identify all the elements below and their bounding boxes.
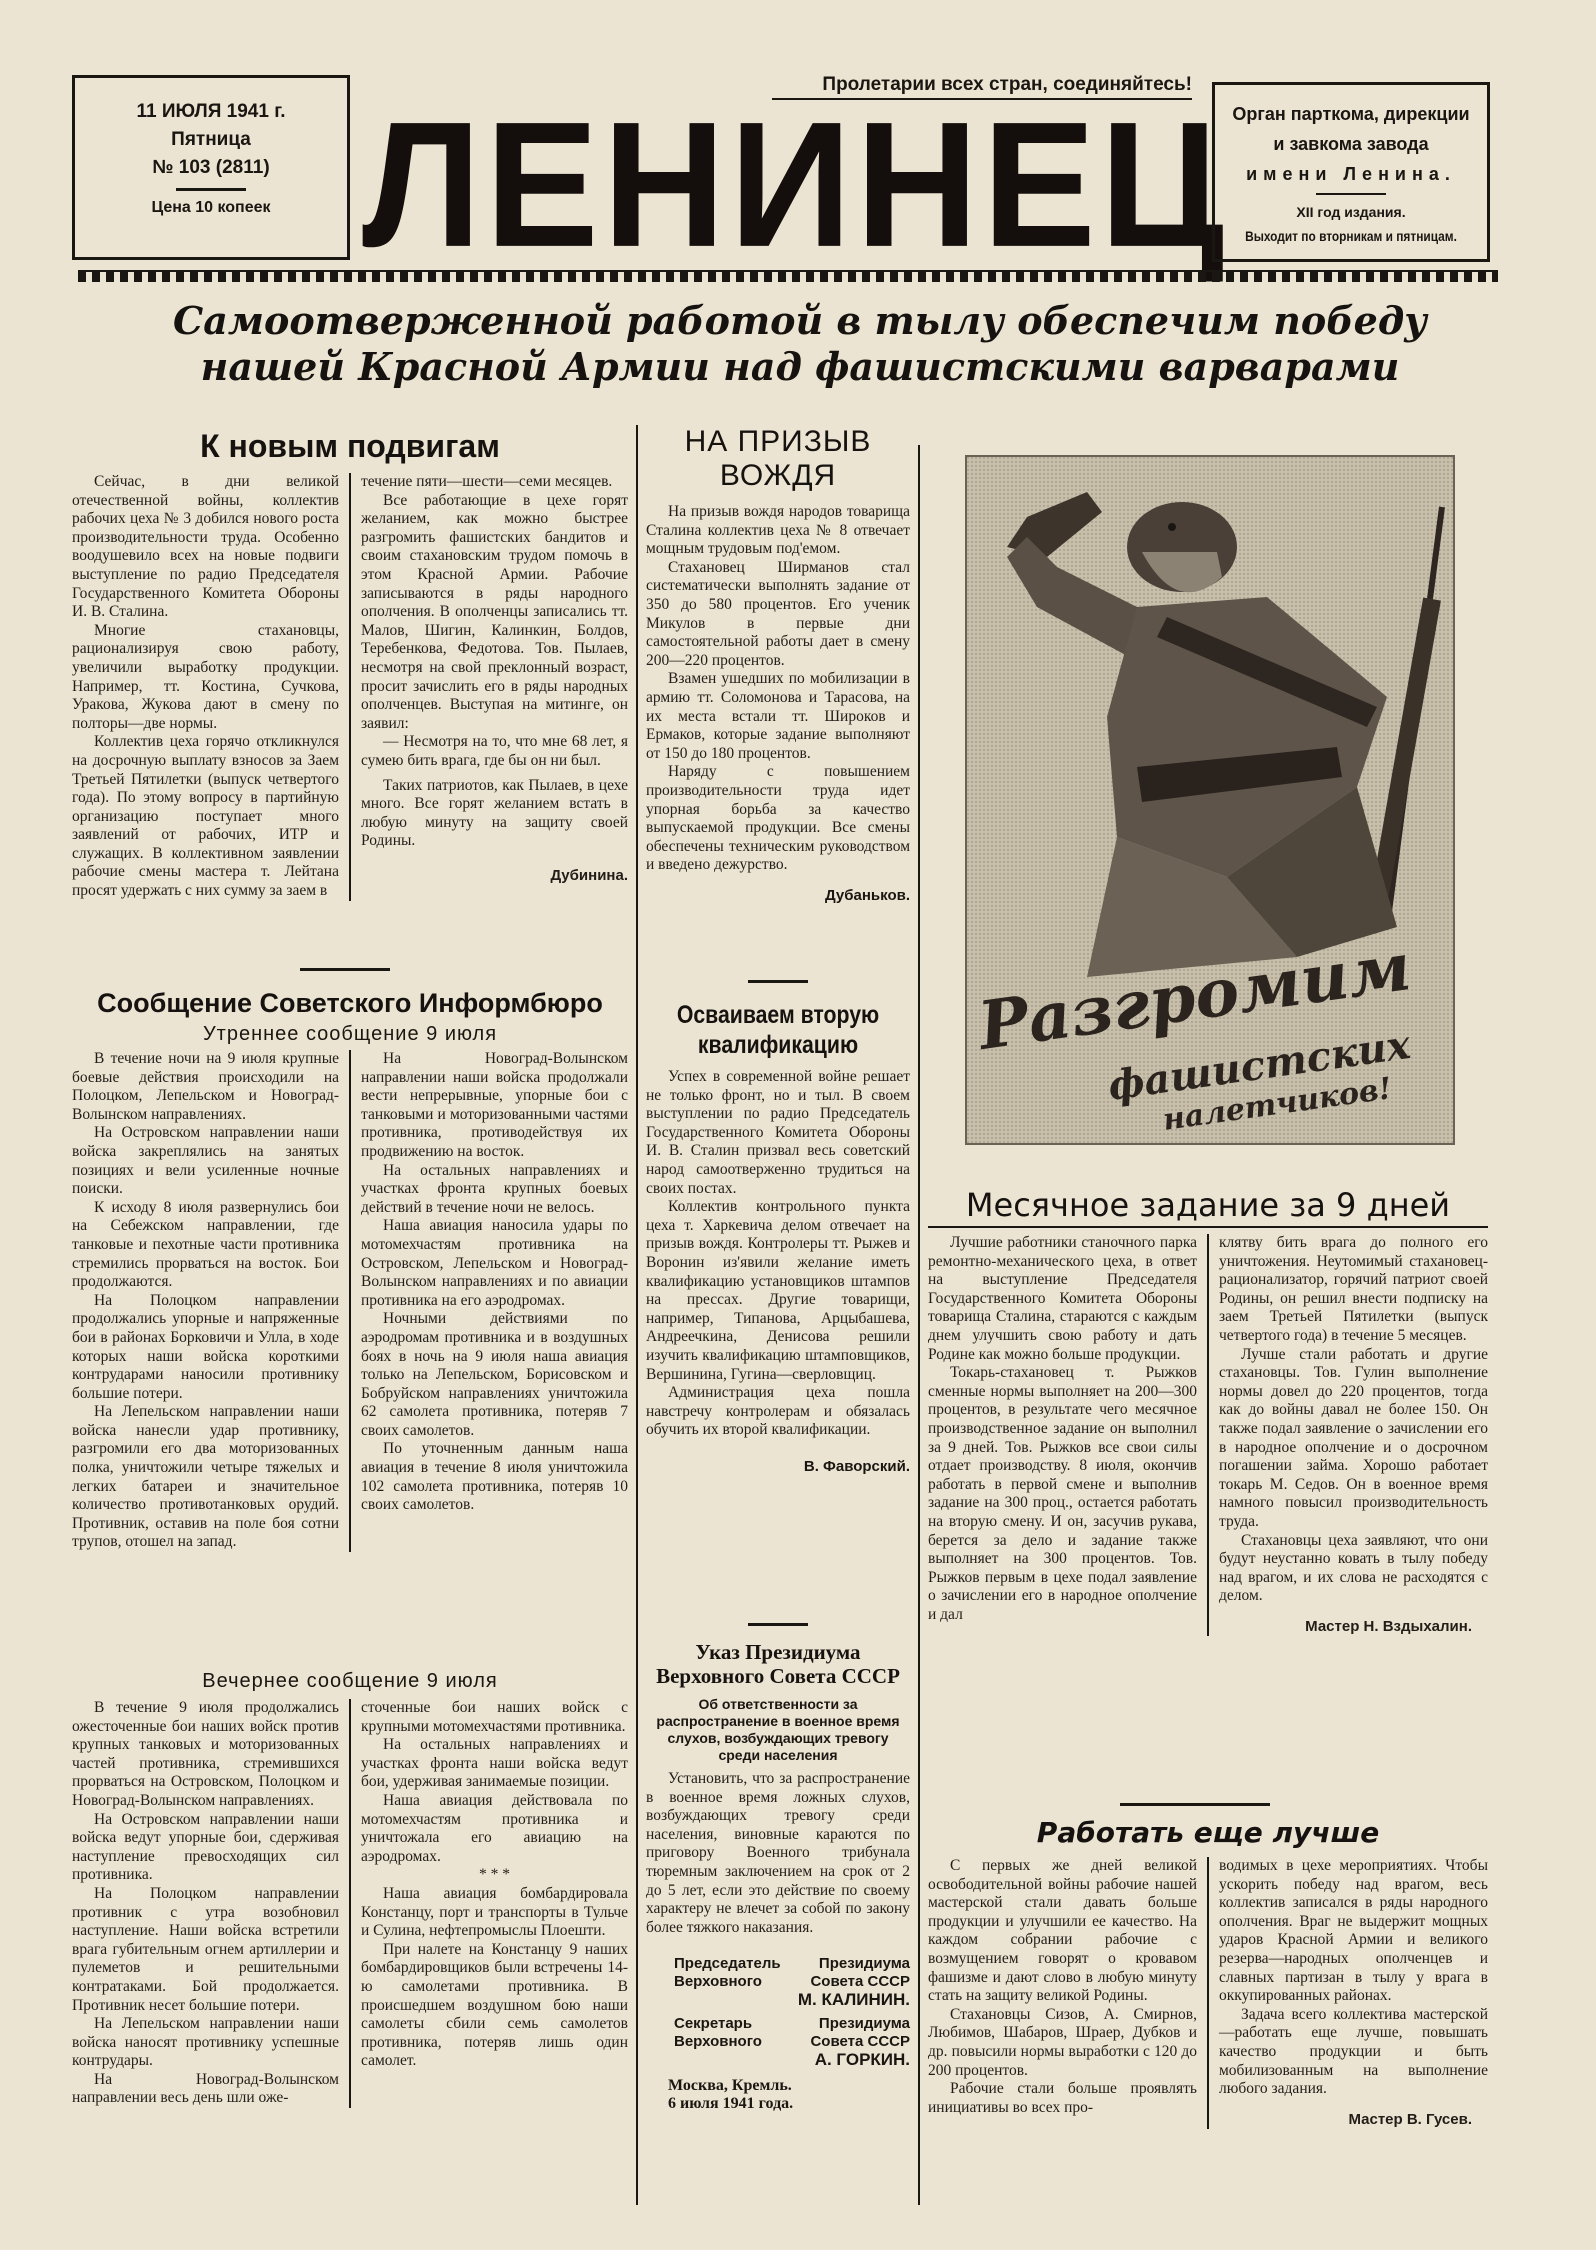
paragraph: Токарь-стахановец т. Рыжков сменные норм…	[928, 1364, 1197, 1624]
signatory-title: Верховного	[674, 1973, 762, 1991]
paragraph: На Островском направлении наши войска за…	[72, 1124, 339, 1198]
separator-asterisks: * * *	[361, 1866, 628, 1885]
paragraph: — Несмотря на то, что мне 68 лет, я суме…	[361, 733, 628, 770]
column-rule	[349, 1699, 351, 2108]
paragraph: В течение ночи на 9 июля крупные боевые …	[72, 1050, 339, 1124]
signatory-title: Совета СССР	[810, 1973, 910, 1991]
headline: Работать еще лучше	[928, 1816, 1488, 1849]
article-body: Установить, что за распространение в вое…	[646, 1770, 910, 1937]
paragraph: С первых же дней великой освободительной…	[928, 1857, 1197, 2006]
headline: К новым подвигам	[72, 428, 628, 465]
organ-line-2: и завкома завода	[1215, 129, 1487, 159]
organ-line-3: имени Ленина.	[1215, 159, 1487, 189]
column-rule	[1207, 1234, 1209, 1636]
paragraph: На остальных направлениях и участках фро…	[361, 1736, 628, 1792]
paragraph: В течение 9 июля продолжались ожесточенн…	[72, 1699, 339, 1811]
article-informburo-evening: Вечернее сообщение 9 июля В течение 9 ию…	[72, 1670, 628, 2108]
article-body: Успех в современной войне решает не толь…	[646, 1068, 910, 1440]
decree-place-date: Москва, Кремль. 6 июля 1941 года.	[668, 2077, 910, 2113]
decree-date: 6 июля 1941 года.	[668, 2095, 910, 2113]
slogan-line-1: Самоотверженной работой в тылу обеспечим…	[120, 298, 1480, 344]
column-rule	[349, 473, 351, 901]
paragraph: На Новоград-Волынском направлении наши в…	[361, 1050, 628, 1162]
article-column: На Новоград-Волынском направлении наши в…	[361, 1050, 628, 1552]
issue-price: Цена 10 копеек	[75, 199, 347, 217]
issue-number: № 103 (2811)	[75, 154, 347, 182]
paragraph: Успех в современной войне решает не толь…	[646, 1068, 910, 1198]
paragraph: Таких патриотов, как Пылаев, в цехе мног…	[361, 777, 628, 851]
signature: В. Фаворский.	[646, 1458, 910, 1475]
paragraph: Взамен ушедших по мобилизации в армию тт…	[646, 670, 910, 763]
article-column: В течение ночи на 9 июля крупные боевые …	[72, 1050, 339, 1552]
paragraph: Задача всего коллектива мастерской—работ…	[1219, 2006, 1488, 2099]
paragraph: При налете на Констанцу 9 наших бомбарди…	[361, 1941, 628, 2071]
paragraph: Рабочие стали больше проявлять инициатив…	[928, 2080, 1197, 2117]
paragraph: На остальных направлениях и участках фро…	[361, 1162, 628, 1218]
paragraph: На Лепельском направлении наши войска на…	[72, 2015, 339, 2071]
paragraph: Администрация цеха пошла навстречу контр…	[646, 1384, 910, 1440]
signatory-title: Секретарь	[674, 2015, 752, 2033]
organ-box: Орган парткома, дирекции и завкома завод…	[1212, 82, 1490, 262]
paragraph: Ночными действиями по аэродромам противн…	[361, 1310, 628, 1440]
paragraph: Все работающие в цехе горят желанием, ка…	[361, 492, 628, 734]
front-slogan: Самоотверженной работой в тылу обеспечим…	[120, 298, 1480, 390]
signatory-title: Совета СССР	[810, 2033, 910, 2051]
paragraph: К исходу 8 июля развернулись бои на Себе…	[72, 1199, 339, 1292]
paragraph: Коллектив цеха горячо откликнулся на дос…	[72, 733, 339, 900]
signature: Дубинина.	[361, 867, 628, 886]
signature: Мастер Н. Вздыхалин.	[1219, 1618, 1472, 1637]
paragraph: Установить, что за распространение в вое…	[646, 1770, 910, 1937]
date-box: 11 ИЮЛЯ 1941 г. Пятница № 103 (2811) Цен…	[72, 75, 350, 260]
paragraph: На призыв вождя народов товарища Сталина…	[646, 503, 910, 559]
issue-date: 11 ИЮЛЯ 1941 г.	[75, 98, 347, 126]
paragraph: Многие стахановцы, рационализируя свою р…	[72, 622, 339, 734]
decree-signatures: ПредседательПрезидиума ВерховногоСовета …	[674, 1955, 910, 2069]
signature: Мастер В. Гусев.	[1219, 2111, 1472, 2130]
decree-subtitle: Об ответственности за распространение в …	[646, 1696, 910, 1764]
paragraph: Сейчас, в дни великой отечественной войн…	[72, 473, 339, 622]
signatory-name: М. КАЛИНИН.	[674, 1991, 910, 2009]
morning-report-title: Утреннее сообщение 9 июля	[72, 1023, 628, 1046]
paragraph: На Новоград-Волынском направлении весь д…	[72, 2071, 339, 2108]
headline: Осваиваем вторую квалификацию	[666, 1000, 890, 1060]
column-rule	[349, 1050, 351, 1552]
divider	[176, 188, 246, 191]
paragraph: Коллектив контрольного пункта цеха т. Ха…	[646, 1198, 910, 1384]
headline: НА ПРИЗЫВ ВОЖДЯ	[646, 425, 910, 493]
paragraph: Наша авиация действовала по мотомехчастя…	[361, 1792, 628, 1866]
headline: Сообщение Советского Информбюро	[72, 988, 628, 1019]
publication-schedule: Выходит по вторникам и пятницам.	[1235, 223, 1466, 249]
paragraph: Стахановцы цеха заявляют, что они будут …	[1219, 1532, 1488, 1606]
article-column: Сейчас, в дни великой отечественной войн…	[72, 473, 339, 901]
article-osvaivaem: Осваиваем вторую квалификацию Успех в со…	[646, 1000, 910, 1475]
article-na-prizyv-vozhdya: НА ПРИЗЫВ ВОЖДЯ На призыв вождя народов …	[646, 425, 910, 904]
divider	[748, 1623, 808, 1626]
article-rabotat-eshche-luchshe: Работать еще лучше С первых же дней вели…	[928, 1816, 1488, 2129]
divider	[1120, 1803, 1270, 1806]
signatory-title: Верховного	[674, 2033, 762, 2051]
paragraph: Лучшие работники станочного парка ремонт…	[928, 1234, 1197, 1364]
paragraph: Стахановец Ширманов стал систематически …	[646, 559, 910, 671]
article-mesyachnoe-zadanie: Месячное задание за 9 дней Лучшие работн…	[928, 1186, 1488, 1636]
issue-weekday: Пятница	[75, 126, 347, 154]
paragraph: водимых в цехе мероприятиях. Чтобы ускор…	[1219, 1857, 1488, 2006]
organ-line-1: Орган парткома, дирекции	[1215, 99, 1487, 129]
paragraph: Наряду с повышением производительности т…	[646, 763, 910, 875]
divider	[300, 968, 390, 971]
paragraph: На Полоцком направлении продолжались упо…	[72, 1292, 339, 1404]
evening-report-title: Вечернее сообщение 9 июля	[72, 1670, 628, 1693]
divider	[748, 980, 808, 983]
paragraph: течение пяти—шести—семи месяцев.	[361, 473, 628, 492]
signature: Дубаньков.	[646, 887, 910, 904]
article-column: сточенные бои наших войск с крупными мот…	[361, 1699, 628, 2108]
decree-place: Москва, Кремль.	[668, 2077, 910, 2095]
article-column: водимых в цехе мероприятиях. Чтобы ускор…	[1219, 1857, 1488, 2129]
paragraph: Стахановцы Сизов, А. Смирнов, Любимов, Ш…	[928, 2006, 1197, 2080]
masthead-rule	[78, 270, 1498, 282]
article-column: В течение 9 июля продолжались ожесточенн…	[72, 1699, 339, 2108]
article-column: Лучшие работники станочного парка ремонт…	[928, 1234, 1197, 1636]
paragraph: На Полоцком направлении противник с утра…	[72, 1885, 339, 2015]
paragraph: клятву бить врага до полного его уничтож…	[1219, 1234, 1488, 1346]
column-rule	[1207, 1857, 1209, 2129]
headline: Указ Президиума Верховного Совета СССР	[646, 1640, 910, 1688]
paragraph: сточенные бои наших войск с крупными мот…	[361, 1699, 628, 1736]
column-rule	[918, 445, 920, 2205]
article-column: С первых же дней великой освободительной…	[928, 1857, 1197, 2129]
slogan-line-2: нашей Красной Армии над фашистскими варв…	[120, 344, 1480, 390]
newspaper-page: 11 ИЮЛЯ 1941 г. Пятница № 103 (2811) Цен…	[0, 0, 1596, 2250]
paragraph: На Лепельском направлении наши войска на…	[72, 1403, 339, 1552]
article-column: течение пяти—шести—семи месяцев. Все раб…	[361, 473, 628, 901]
article-ukaz: Указ Президиума Верховного Совета СССР О…	[646, 1640, 910, 2113]
paragraph: По уточненным данным наша авиация в тече…	[361, 1440, 628, 1514]
signatory-title: Президиума	[819, 2015, 910, 2033]
newspaper-title: ЛЕНИНЕЦ	[362, 106, 1202, 264]
column-rule	[636, 425, 638, 2205]
paragraph: Наша авиация бомбардировала Констанцу, п…	[361, 1885, 628, 1941]
publication-year: XII год издания.	[1215, 201, 1487, 223]
paragraph: Наша авиация наносила удары по мотомехча…	[361, 1217, 628, 1310]
article-body: На призыв вождя народов товарища Сталина…	[646, 503, 910, 875]
article-informburo: Сообщение Советского Информбюро Утреннее…	[72, 988, 628, 1552]
paragraph: Лучше стали работать и другие стахановцы…	[1219, 1346, 1488, 1532]
signatory-title: Президиума	[819, 1955, 910, 1973]
paragraph: На Островском направлении наши войска ве…	[72, 1811, 339, 1885]
war-poster: Разгромим фашистских налетчиков!	[965, 455, 1455, 1145]
signatory-name: А. ГОРКИН.	[674, 2051, 910, 2069]
headline: Месячное задание за 9 дней	[928, 1186, 1488, 1228]
signatory-title: Председатель	[674, 1955, 781, 1973]
article-column: клятву бить врага до полного его уничтож…	[1219, 1234, 1488, 1636]
article-k-novym-podvigam: К новым подвигам Сейчас, в дни великой о…	[72, 428, 628, 901]
divider	[1316, 193, 1386, 195]
